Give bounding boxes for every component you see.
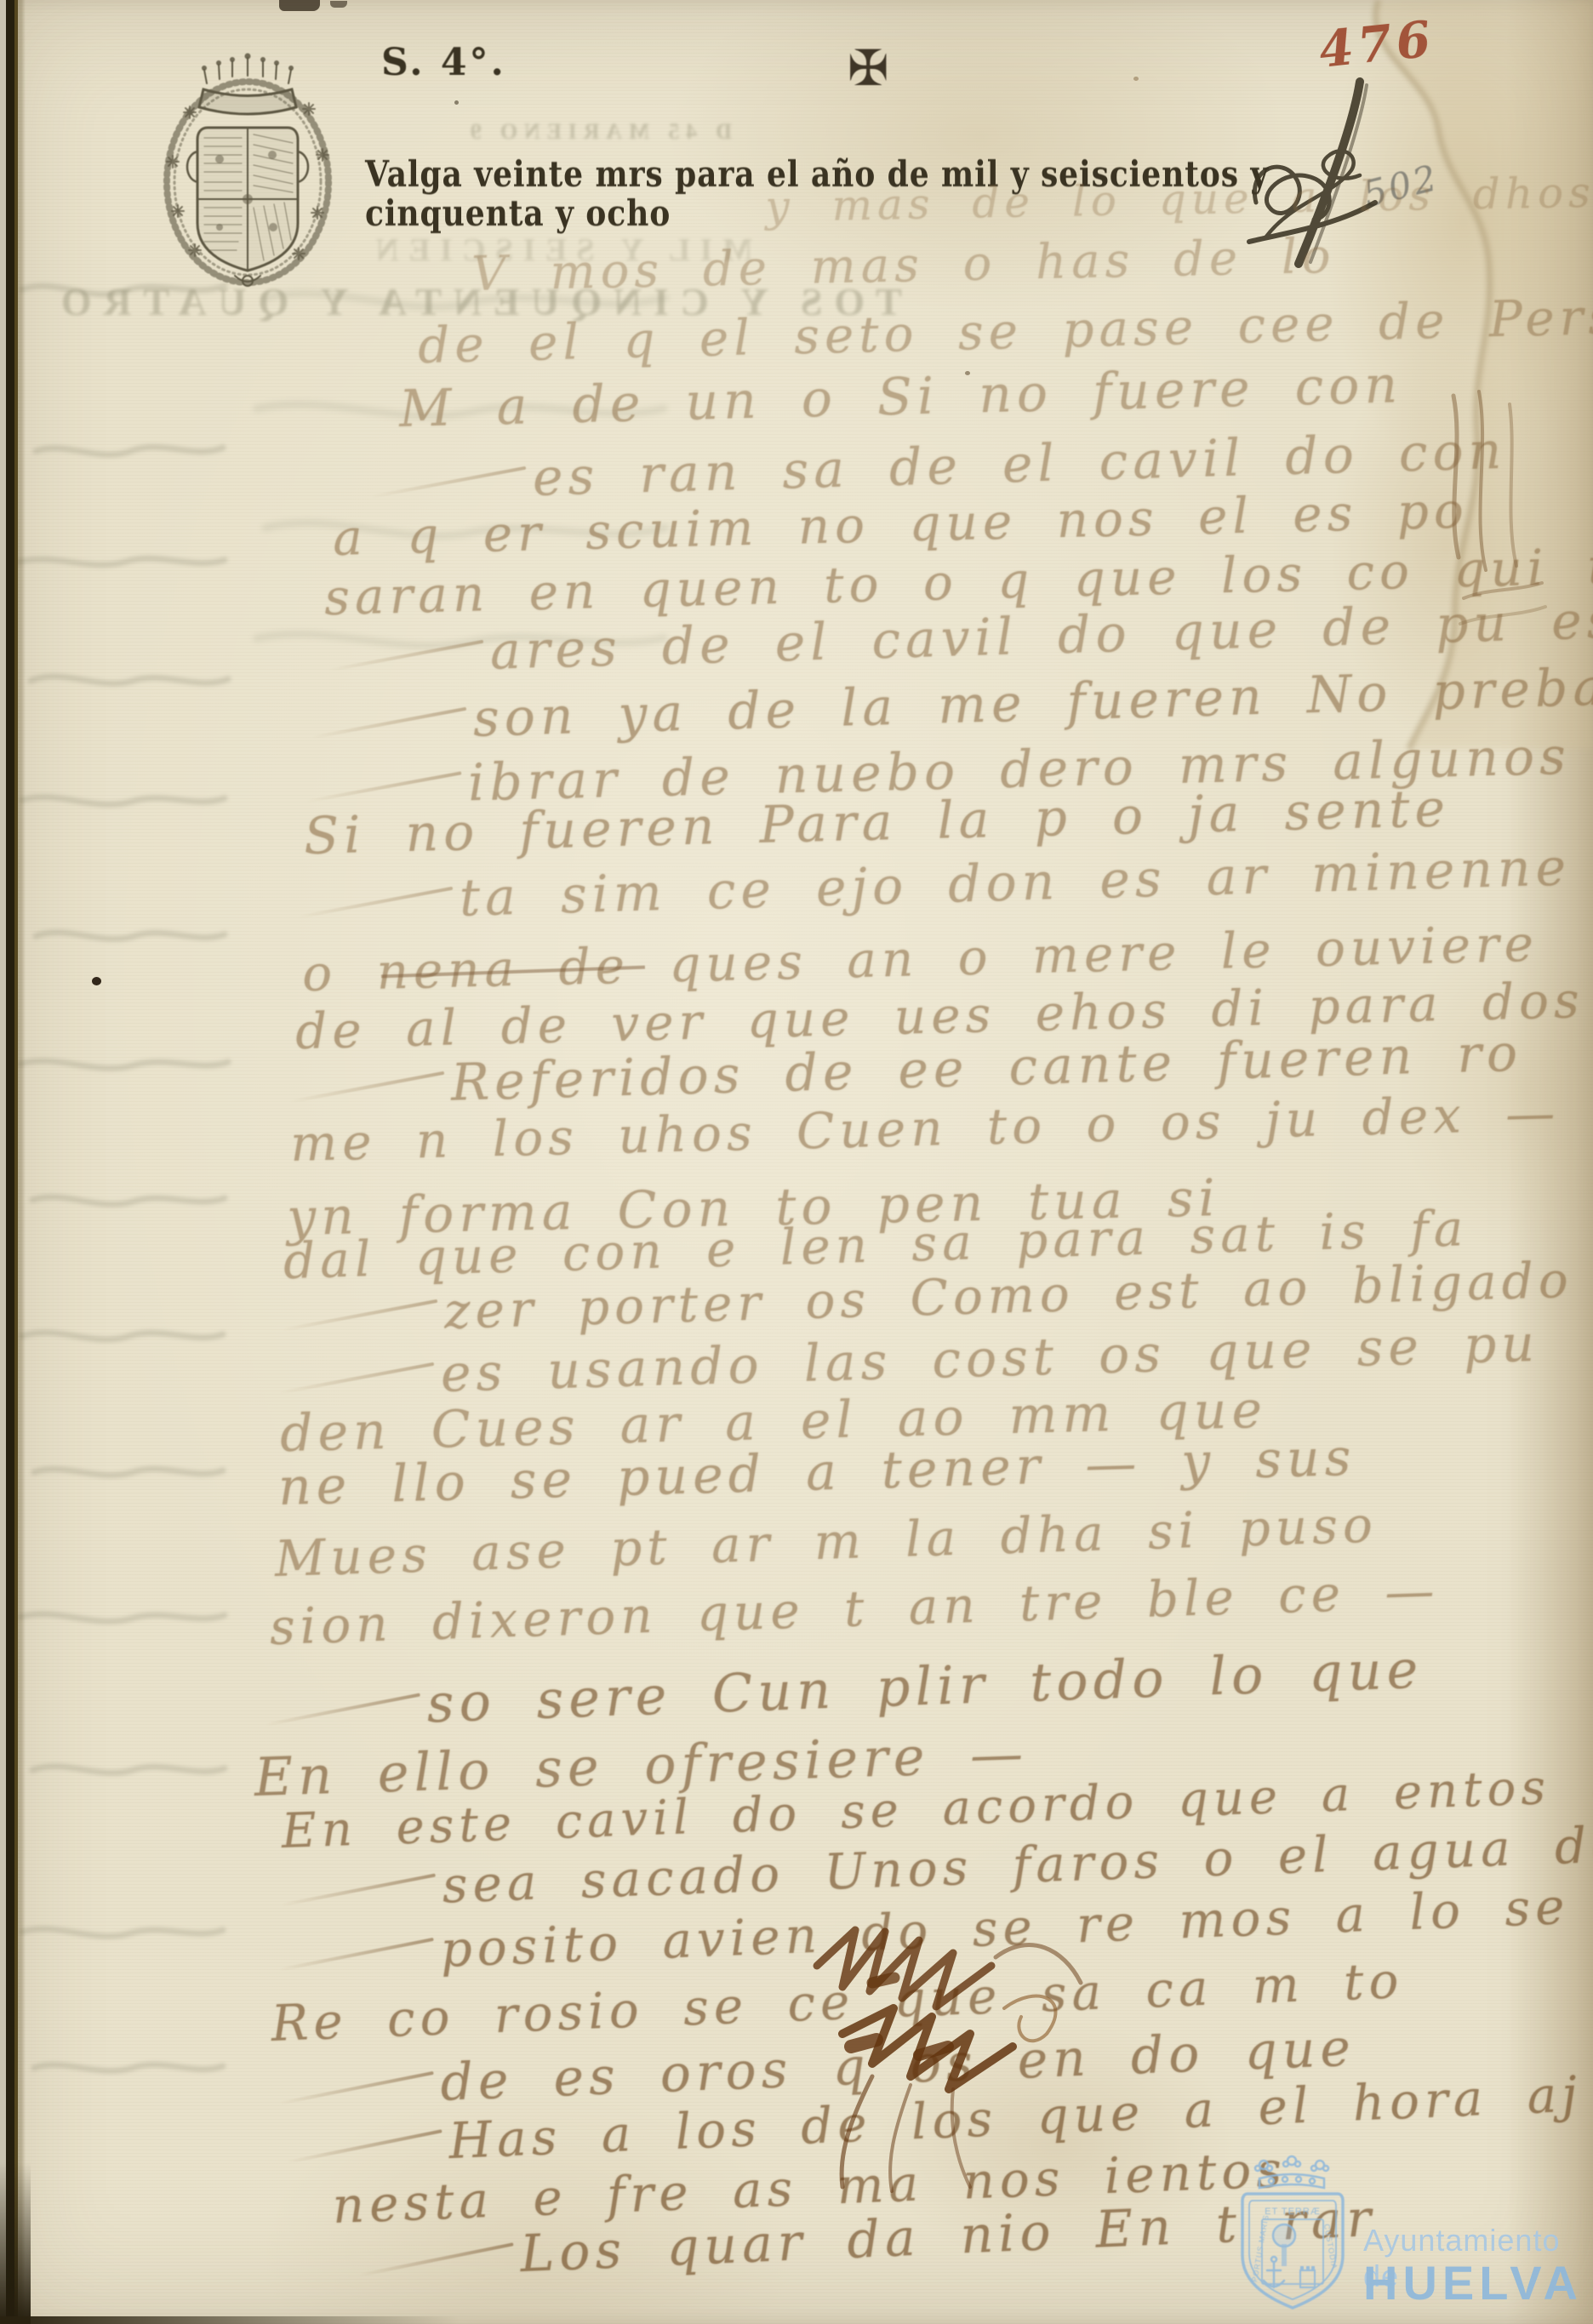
ink-cancellation-scribble — [791, 1906, 1149, 2196]
margin-filler-strokes — [1438, 387, 1557, 642]
watermark-org-name: HUELVA — [1363, 2255, 1583, 2310]
manuscript-line: V mos de mas o has de lo — [471, 229, 1336, 302]
ink-dot — [965, 371, 970, 375]
manuscript-line: y mas de lo que a los dhos — [765, 168, 1593, 231]
manuscript-line: so sere Cun plir todo lo que — [265, 1638, 1424, 1740]
manuscript-line: de el q el seto se pase cee de Perso — [417, 287, 1593, 374]
ink-dot — [454, 100, 459, 105]
shield-motto-top: ET TERRÆ — [1265, 2207, 1321, 2217]
shield-motto-left: PORTUS MARIS — [1250, 2213, 1270, 2282]
binding-edge — [0, 0, 26, 2324]
page-bottom-edge — [0, 2316, 460, 2324]
ink-dot — [1133, 77, 1139, 81]
manuscript-page: D 45 MARIENO 9MIL Y SEISCIENTOS Y CINQUE… — [0, 0, 1593, 2324]
huelva-shield-icon: ET TERRÆ PORTUS MARIS CUSTODIA — [1236, 2153, 1350, 2316]
page-corner-shadow — [0, 2162, 31, 2324]
top-edge-mark — [279, 0, 320, 11]
ink-dot — [92, 977, 101, 985]
top-edge-mark — [330, 1, 347, 8]
watermark-huelva: ET TERRÆ PORTUS MARIS CUSTODIA Ayuntamie… — [1236, 2151, 1593, 2321]
